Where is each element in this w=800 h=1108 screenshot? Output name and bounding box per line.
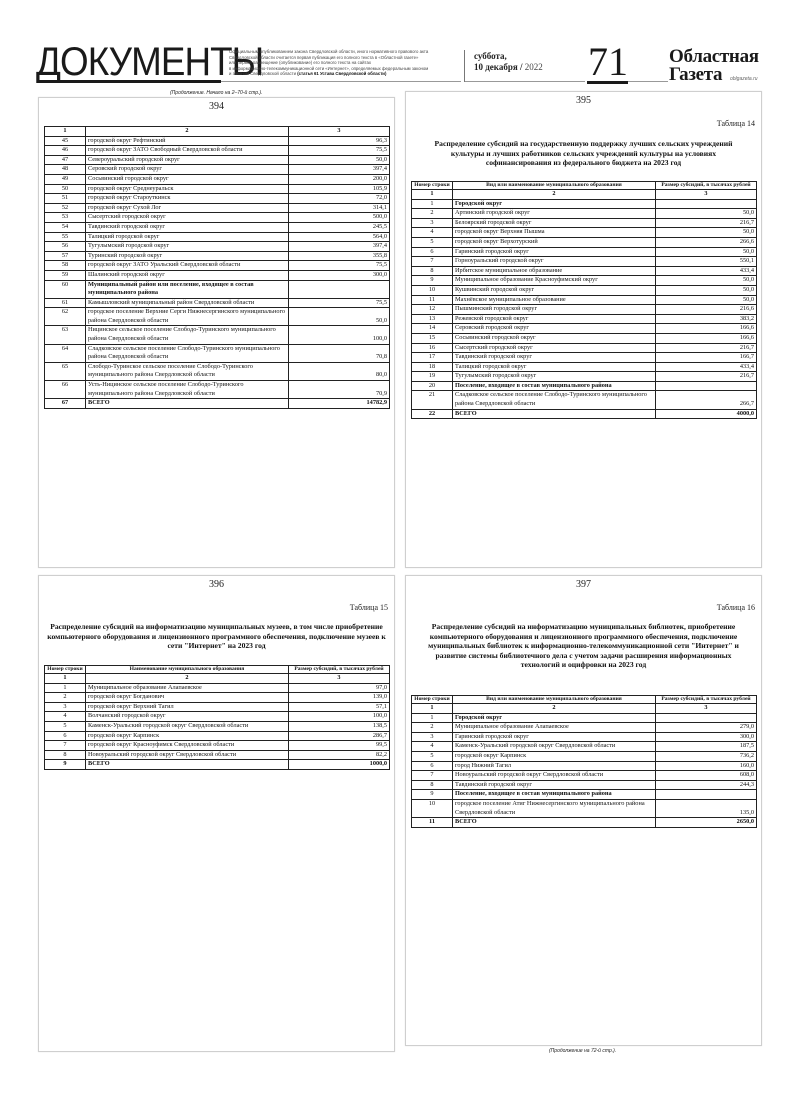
subsidy-value: 314,1 (289, 203, 390, 213)
municipality-name: Белоярский городской округ (453, 218, 656, 228)
subsidy-value: 14782,9 (289, 399, 390, 409)
table-row: 62городское поселение Верхние Серги Нижн… (45, 308, 390, 326)
municipality-name: Махнёвское муниципальное образование (453, 295, 656, 305)
subsidy-value: 166,7 (656, 353, 757, 363)
row-number: 3 (412, 732, 453, 742)
subsidy-value: 550,1 (656, 257, 757, 267)
issue-underline (587, 81, 628, 84)
municipality-name: Туринский городской округ (86, 251, 289, 261)
municipality-name: ВСЕГО (86, 399, 289, 409)
table-row: 5городской округ Верхотурский266,6 (412, 237, 757, 247)
row-number: 7 (45, 741, 86, 751)
table-row: 6городской округ Карпинск286,7 (45, 731, 390, 741)
subsidy-value: 72,0 (289, 194, 390, 204)
column-header-row: Номер строкиВид или наименование муницип… (412, 182, 757, 190)
subsidy-value: 50,0 (289, 155, 390, 165)
table-row: 2городской округ Богданович139,0 (45, 693, 390, 703)
column-index: 3 (289, 127, 390, 137)
table-title: Распределение субсидий на информатизацию… (424, 622, 743, 670)
row-number: 14 (412, 324, 453, 334)
municipality-name: Сысертский городской округ (453, 343, 656, 353)
table-row: 57Туринский городской округ355,8 (45, 251, 390, 261)
subsidy-value: 80,0 (289, 362, 390, 380)
table-row: 17Тавдинский городской округ166,7 (412, 353, 757, 363)
row-number: 53 (45, 213, 86, 223)
table-row: 1Городской округ (412, 199, 757, 209)
row-number: 5 (412, 751, 453, 761)
table-row: 47Североуральский городской округ50,0 (45, 155, 390, 165)
row-number: 56 (45, 242, 86, 252)
municipality-name: Пышминский городской округ (453, 305, 656, 315)
municipality-name: Тугулымский городской округ (453, 372, 656, 382)
row-number: 2 (412, 723, 453, 733)
subsidy-value: 100,0 (289, 326, 390, 344)
subsidy-value: 57,1 (289, 702, 390, 712)
column-index: 2 (453, 704, 656, 714)
row-number: 65 (45, 362, 86, 380)
header-rule (221, 81, 461, 82)
table-row: 52городской округ Сухой Лог314,1 (45, 203, 390, 213)
municipality-name: Новоуральский городской округ Свердловск… (453, 771, 656, 781)
row-number: 18 (412, 362, 453, 372)
municipality-name: Серовский городской округ (453, 324, 656, 334)
municipality-name: городской округ Карпинск (453, 751, 656, 761)
row-number: 4 (412, 742, 453, 752)
municipality-name: Тавдинский городской округ (453, 780, 656, 790)
row-number: 6 (45, 731, 86, 741)
table-394: 12345городской округ Рефтинский96,346гор… (44, 126, 390, 409)
municipality-name: Камышловский муниципальный район Свердло… (86, 298, 289, 308)
row-number: 54 (45, 222, 86, 232)
table-row: 2Муниципальное образование Алапаевское27… (412, 723, 757, 733)
table-row: 1Муниципальное образование Алапаевское97… (45, 683, 390, 693)
subsidy-value (656, 713, 757, 723)
subsidy-value (656, 199, 757, 209)
table-row: 45городской округ Рефтинский96,3 (45, 136, 390, 146)
table-row: 53Сысертский городской округ500,0 (45, 213, 390, 223)
column-index: 1 (45, 674, 86, 684)
row-number: 5 (412, 237, 453, 247)
row-number: 2 (412, 209, 453, 219)
subsidy-value: 70,9 (289, 381, 390, 399)
municipality-name: Муниципальное образование Красноуфимский… (453, 276, 656, 286)
row-number: 17 (412, 353, 453, 363)
municipality-name: Талицкий городской округ (86, 232, 289, 242)
municipality-name: городской округ Сухой Лог (86, 203, 289, 213)
table-row: 3городской округ Верхний Тагил57,1 (45, 702, 390, 712)
subsidy-value: 50,0 (656, 295, 757, 305)
subsidy-value: 96,3 (289, 136, 390, 146)
row-number: 58 (45, 261, 86, 271)
table-row: 63Ницинское сельское поселение Слободо-Т… (45, 326, 390, 344)
municipality-name: Муниципальное образование Алапаевское (453, 723, 656, 733)
subsidy-value: 70,8 (289, 344, 390, 362)
row-number: 15 (412, 333, 453, 343)
subsidy-value: 244,3 (656, 780, 757, 790)
table-row: 9Муниципальное образование Красноуфимски… (412, 276, 757, 286)
publication-note: Официальным опубликованием закона Свердл… (229, 49, 461, 77)
table-row: 4Волчанский городской округ100,0 (45, 712, 390, 722)
municipality-name: Волчанский городской округ (86, 712, 289, 722)
subsidy-value: 166,6 (656, 324, 757, 334)
municipality-name: Городской округ (453, 199, 656, 209)
municipality-name: городской округ Рефтинский (86, 136, 289, 146)
row-number: 7 (412, 257, 453, 267)
table-row: 66Усть-Ницинское сельское поселение Слоб… (45, 381, 390, 399)
municipality-name: Поселение, входящее в состав муниципальн… (453, 790, 656, 800)
column-index: 3 (289, 674, 390, 684)
row-number: 11 (412, 295, 453, 305)
municipality-name: Тавдинский городской округ (453, 353, 656, 363)
row-number: 66 (45, 381, 86, 399)
total-row: 22ВСЕГО4000,0 (412, 409, 757, 419)
continuation-note-top: (Продолжение. Начало на 2–70-й стр.). (170, 90, 263, 96)
table-15: Номер строкиНаименование муниципального … (44, 665, 390, 770)
subsidy-value: 216,6 (656, 305, 757, 315)
column-index: 2 (453, 190, 656, 200)
table-row: 10городское поселение Атиг Нижнесергинск… (412, 799, 757, 817)
table-row: 7городской округ Красноуфимск Свердловск… (45, 741, 390, 751)
municipality-name: Слободо-Туринское сельское поселение Сло… (86, 362, 289, 380)
subsidy-value: 50,0 (656, 285, 757, 295)
subsidy-value: 397,4 (289, 165, 390, 175)
subsidy-value: 75,5 (289, 261, 390, 271)
subsidy-value: 105,9 (289, 184, 390, 194)
row-number: 10 (412, 285, 453, 295)
row-number: 1 (45, 683, 86, 693)
table-row: 4Каменск-Уральский городской округ Сверд… (412, 742, 757, 752)
table-label: Таблица 14 (717, 119, 755, 128)
column-index: 1 (45, 127, 86, 137)
municipality-name: Городской округ (453, 713, 656, 723)
municipality-name: Ирбитское муниципальное образование (453, 266, 656, 276)
table-row: 4городской округ Верхняя Пышма50,0 (412, 228, 757, 238)
municipality-name: Горноуральский городской округ (453, 257, 656, 267)
municipality-name: Ницинское сельское поселение Слободо-Тур… (86, 326, 289, 344)
subsidy-value: 500,0 (289, 213, 390, 223)
subsidy-value: 433,4 (656, 266, 757, 276)
subsidy-value: 75,5 (289, 146, 390, 156)
table-row: 7Новоуральский городской округ Свердловс… (412, 771, 757, 781)
table-14: Номер строкиВид или наименование муницип… (411, 181, 757, 419)
row-number: 10 (412, 799, 453, 817)
table-row: 61Камышловский муниципальный район Сверд… (45, 298, 390, 308)
subsidy-value: 138,5 (289, 721, 390, 731)
page-397: 397 Таблица 16 Распределение субсидий на… (405, 575, 762, 1046)
table-row: 2Артинский городской округ50,0 (412, 209, 757, 219)
subsidy-value: 433,4 (656, 362, 757, 372)
municipality-name: город Нижний Тагил (453, 761, 656, 771)
subsidy-value: 383,2 (656, 314, 757, 324)
row-number: 50 (45, 184, 86, 194)
subsidy-value: 216,7 (656, 218, 757, 228)
subsidy-value: 266,7 (656, 391, 757, 409)
table-row: 6город Нижний Тагил160,0 (412, 761, 757, 771)
municipality-name: Сосьвинский городской округ (453, 333, 656, 343)
column-index-row: 123 (412, 704, 757, 714)
table-row: 21Сладковское сельское поселение Слободо… (412, 391, 757, 409)
subsidy-value: 200,0 (289, 174, 390, 184)
row-number: 1 (412, 713, 453, 723)
column-index-row: 123 (412, 190, 757, 200)
row-number: 4 (412, 228, 453, 238)
column-index: 2 (86, 674, 289, 684)
subsidy-value: 608,0 (656, 771, 757, 781)
column-header-row: Номер строкиВид или наименование муницип… (412, 696, 757, 704)
header-rule (465, 81, 585, 82)
row-number: 52 (45, 203, 86, 213)
table-row: 9Поселение, входящее в состав муниципаль… (412, 790, 757, 800)
column-header: Вид или наименование муниципального обра… (453, 696, 656, 704)
row-number: 19 (412, 372, 453, 382)
municipality-name: городское поселение Верхние Серги Нижнес… (86, 308, 289, 326)
municipality-name: городской округ Богданович (86, 693, 289, 703)
title-underline (37, 80, 221, 83)
municipality-name: городской округ Красноуфимск Свердловско… (86, 741, 289, 751)
table-row: 49Сосьвинский городской округ200,0 (45, 174, 390, 184)
table-row: 5городской округ Карпинск736,2 (412, 751, 757, 761)
municipality-name: Муниципальное образование Алапаевское (86, 683, 289, 693)
table-row: 7Горноуральский городской округ550,1 (412, 257, 757, 267)
column-header: Размер субсидий, в тысячах рублей (656, 696, 757, 704)
municipality-name: городской округ Карпинск (86, 731, 289, 741)
table-row: 13Режевской городской округ383,2 (412, 314, 757, 324)
municipality-name: Североуральский городской округ (86, 155, 289, 165)
municipality-name: Серовский городской округ (86, 165, 289, 175)
row-number: 22 (412, 409, 453, 419)
row-number: 2 (45, 693, 86, 703)
municipality-name: Сладковское сельское поселение Слободо-Т… (86, 344, 289, 362)
column-header: Номер строки (412, 696, 453, 704)
row-number: 16 (412, 343, 453, 353)
municipality-name: Сысертский городской округ (86, 213, 289, 223)
municipality-name: городской округ Верхотурский (453, 237, 656, 247)
header-rule (628, 81, 668, 82)
subsidy-value: 279,0 (656, 723, 757, 733)
table-row: 55Талицкий городской округ564,0 (45, 232, 390, 242)
municipality-name: Тавдинский городской округ (86, 222, 289, 232)
subsidy-value (289, 280, 390, 298)
masthead: ДОКУМЕНТЫ Официальным опубликованием зак… (0, 0, 800, 90)
table-row: 10Кушвинский городской округ50,0 (412, 285, 757, 295)
table-row: 3Гаринский городской округ300,0 (412, 732, 757, 742)
municipality-name: ВСЕГО (453, 409, 656, 419)
table-row: 59Шалинский городской округ300,0 (45, 270, 390, 280)
table-label: Таблица 15 (350, 603, 388, 612)
page-396: 396 Таблица 15 Распределение субсидий на… (38, 575, 395, 1052)
column-index-row: 123 (45, 674, 390, 684)
row-number: 20 (412, 381, 453, 391)
issue-date: суббота, 10 декабря / 2022 (474, 51, 543, 73)
page-number: 397 (406, 579, 761, 590)
continuation-note-bottom: (Продолжение на 72-й стр.). (549, 1048, 616, 1054)
row-number: 9 (412, 790, 453, 800)
row-number: 55 (45, 232, 86, 242)
column-header: Номер строки (45, 666, 86, 674)
municipality-name: городской округ Верхняя Пышма (453, 228, 656, 238)
subsidy-value: 50,0 (656, 247, 757, 257)
row-number: 8 (412, 266, 453, 276)
subsidy-value: 300,0 (656, 732, 757, 742)
page-number: 395 (406, 95, 761, 106)
column-header: Вид или наименование муниципального обра… (453, 182, 656, 190)
row-number: 64 (45, 344, 86, 362)
table-label: Таблица 16 (717, 603, 755, 612)
table-row: 3Белоярский городской округ216,7 (412, 218, 757, 228)
table-row: 54Тавдинский городской округ245,5 (45, 222, 390, 232)
column-header: Размер субсидий, в тысячах рублей (656, 182, 757, 190)
row-number: 48 (45, 165, 86, 175)
municipality-name: Поселение, входящее в состав муниципальн… (453, 381, 656, 391)
row-number: 59 (45, 270, 86, 280)
subsidy-value: 100,0 (289, 712, 390, 722)
municipality-name: Режевской городской округ (453, 314, 656, 324)
row-number: 9 (45, 760, 86, 770)
table-title: Распределение субсидий на государственну… (420, 139, 747, 168)
row-number: 46 (45, 146, 86, 156)
row-number: 4 (45, 712, 86, 722)
row-number: 21 (412, 391, 453, 409)
subsidy-value: 286,7 (289, 731, 390, 741)
row-number: 1 (412, 199, 453, 209)
table-row: 18Талицкий городской округ433,4 (412, 362, 757, 372)
table-row: 8Тавдинский городской округ244,3 (412, 780, 757, 790)
row-number: 6 (412, 761, 453, 771)
municipality-name: Тугулымский городской округ (86, 242, 289, 252)
municipality-name: Новоуральский городской округ Свердловск… (86, 750, 289, 760)
municipality-name: ВСЕГО (86, 760, 289, 770)
municipality-name: городской округ Верхний Тагил (86, 702, 289, 712)
row-number: 62 (45, 308, 86, 326)
table-row: 56Тугулымский городской округ397,4 (45, 242, 390, 252)
page-394: 394 12345городской округ Рефтинский96,34… (38, 97, 395, 568)
subsidy-value: 564,0 (289, 232, 390, 242)
subsidy-value (656, 790, 757, 800)
column-index: 1 (412, 190, 453, 200)
column-index: 1 (412, 704, 453, 714)
subsidy-value: 266,6 (656, 237, 757, 247)
row-number: 11 (412, 818, 453, 828)
municipality-name: Шалинский городской округ (86, 270, 289, 280)
table-row: 51городской округ Староуткинск72,0 (45, 194, 390, 204)
subsidy-value: 50,0 (656, 228, 757, 238)
column-header-row: Номер строкиНаименование муниципального … (45, 666, 390, 674)
municipality-name: городской округ Староуткинск (86, 194, 289, 204)
table-row: 48Серовский городской округ397,4 (45, 165, 390, 175)
page-395: 395 Таблица 14 Распределение субсидий на… (405, 91, 762, 568)
municipality-name: Кушвинский городской округ (453, 285, 656, 295)
subsidy-value: 1000,0 (289, 760, 390, 770)
table-row: 46городской округ ЗАТО Свободный Свердло… (45, 146, 390, 156)
table-row: 60Муниципальный район или поселение, вхо… (45, 280, 390, 298)
subsidy-value: 75,5 (289, 298, 390, 308)
table-row: 8Новоуральский городской округ Свердловс… (45, 750, 390, 760)
total-row: 11ВСЕГО2650,0 (412, 818, 757, 828)
subsidy-value: 160,0 (656, 761, 757, 771)
row-number: 67 (45, 399, 86, 409)
municipality-name: Сладковское сельское поселение Слободо-Т… (453, 391, 656, 409)
table-row: 6Гаринский городской округ50,0 (412, 247, 757, 257)
column-header: Размер субсидий, в тысячах рублей (289, 666, 390, 674)
municipality-name: городское поселение Атиг Нижнесергинског… (453, 799, 656, 817)
subsidy-value: 135,0 (656, 799, 757, 817)
row-number: 3 (412, 218, 453, 228)
municipality-name: Гаринский городской округ (453, 732, 656, 742)
table-row: 50городской округ Среднеуральск105,9 (45, 184, 390, 194)
subsidy-value: 82,2 (289, 750, 390, 760)
table-row: 65Слободо-Туринское сельское поселение С… (45, 362, 390, 380)
row-number: 47 (45, 155, 86, 165)
municipality-name: городской округ Среднеуральск (86, 184, 289, 194)
column-index: 3 (656, 704, 757, 714)
municipality-name: Муниципальный район или поселение, входя… (86, 280, 289, 298)
municipality-name: Артинский городской округ (453, 209, 656, 219)
subsidy-value: 50,0 (289, 308, 390, 326)
municipality-name: ВСЕГО (453, 818, 656, 828)
table-title: Распределение субсидий на информатизацию… (45, 622, 388, 651)
table-row: 5Каменск-Уральский городской округ Сверд… (45, 721, 390, 731)
row-number: 6 (412, 247, 453, 257)
row-number: 3 (45, 702, 86, 712)
row-number: 57 (45, 251, 86, 261)
issue-number: 71 (586, 42, 630, 82)
municipality-name: городской округ ЗАТО Свободный Свердловс… (86, 146, 289, 156)
municipality-name: Каменск-Уральский городской округ Свердл… (453, 742, 656, 752)
municipality-name: Талицкий городской округ (453, 362, 656, 372)
subsidy-value: 166,6 (656, 333, 757, 343)
row-number: 7 (412, 771, 453, 781)
table-row: 8Ирбитское муниципальное образование433,… (412, 266, 757, 276)
table-row: 12Пышминский городской округ216,6 (412, 305, 757, 315)
row-number: 60 (45, 280, 86, 298)
table-row: 64Сладковское сельское поселение Слободо… (45, 344, 390, 362)
subsidy-value (656, 381, 757, 391)
municipality-name: городской округ ЗАТО Уральский Свердловс… (86, 261, 289, 271)
site-url: oblgazeta.ru (730, 76, 758, 82)
subsidy-value: 139,0 (289, 693, 390, 703)
subsidy-value: 50,0 (656, 276, 757, 286)
row-number: 61 (45, 298, 86, 308)
subsidy-value: 97,0 (289, 683, 390, 693)
row-number: 8 (412, 780, 453, 790)
table-16: Номер строкиВид или наименование муницип… (411, 695, 757, 828)
row-number: 5 (45, 721, 86, 731)
table-row: 58городской округ ЗАТО Уральский Свердло… (45, 261, 390, 271)
column-index: 2 (86, 127, 289, 137)
subsidy-value: 245,5 (289, 222, 390, 232)
subsidy-value: 50,0 (656, 209, 757, 219)
subsidy-value: 99,5 (289, 741, 390, 751)
subsidy-value: 397,4 (289, 242, 390, 252)
row-number: 13 (412, 314, 453, 324)
row-number: 63 (45, 326, 86, 344)
subsidy-value: 2650,0 (656, 818, 757, 828)
municipality-name: Сосьвинский городской округ (86, 174, 289, 184)
municipality-name: Гаринский городской округ (453, 247, 656, 257)
subsidy-value: 736,2 (656, 751, 757, 761)
row-number: 51 (45, 194, 86, 204)
page-number: 394 (39, 101, 394, 112)
table-row: 11Махнёвское муниципальное образование50… (412, 295, 757, 305)
municipality-name: Усть-Ницинское сельское поселение Слобод… (86, 381, 289, 399)
total-row: 9ВСЕГО1000,0 (45, 760, 390, 770)
subsidy-value: 187,5 (656, 742, 757, 752)
table-row: 19Тугулымский городской округ216,7 (412, 372, 757, 382)
row-number: 8 (45, 750, 86, 760)
row-number: 12 (412, 305, 453, 315)
total-row: 67ВСЕГО14782,9 (45, 399, 390, 409)
municipality-name: Каменск-Уральский городской округ Свердл… (86, 721, 289, 731)
